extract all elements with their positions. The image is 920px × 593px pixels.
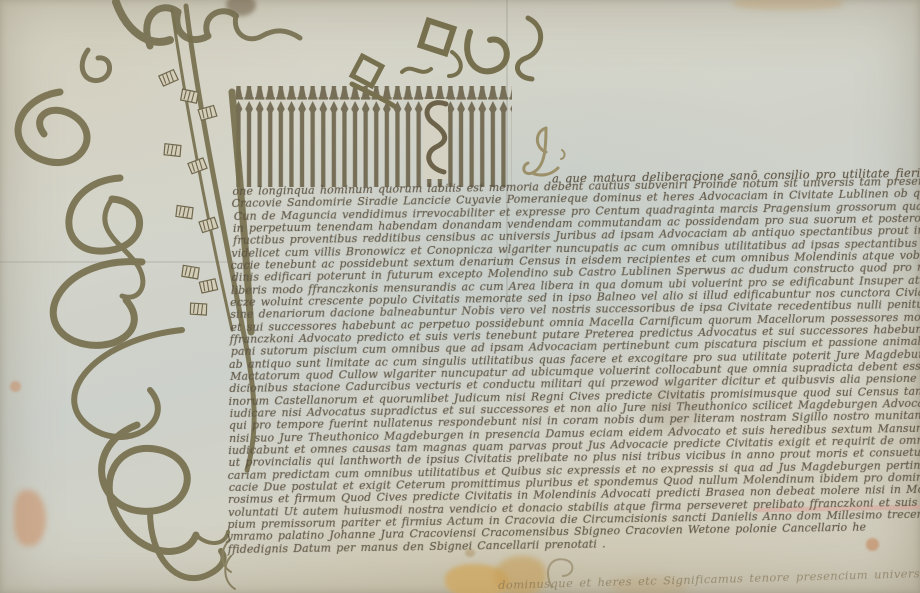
stain-top-left-dark [226, 0, 256, 16]
horizontal-fold-crease [0, 261, 235, 263]
left-border-flourishes [18, 6, 254, 578]
parchment-charter: a que matura deliberacione sanō consili… [0, 0, 920, 593]
manuscript-bottom-addition: dominusque et heres etc Significamus ten… [498, 566, 920, 592]
stain-top-strip [733, 0, 843, 10]
display-band-elongated-letters [236, 86, 512, 187]
display-letter-s [427, 103, 446, 172]
top-knot-ornaments [352, 18, 541, 106]
braid-ribbon-tags [158, 69, 218, 316]
initial-letter-l [524, 128, 565, 175]
stain-left-orange [14, 490, 46, 546]
stain-left-dot [10, 381, 21, 392]
manuscript-text-block: one longinqua hominum quorum labilis est… [226, 175, 920, 566]
top-left-cadel-strokes [82, 2, 300, 81]
